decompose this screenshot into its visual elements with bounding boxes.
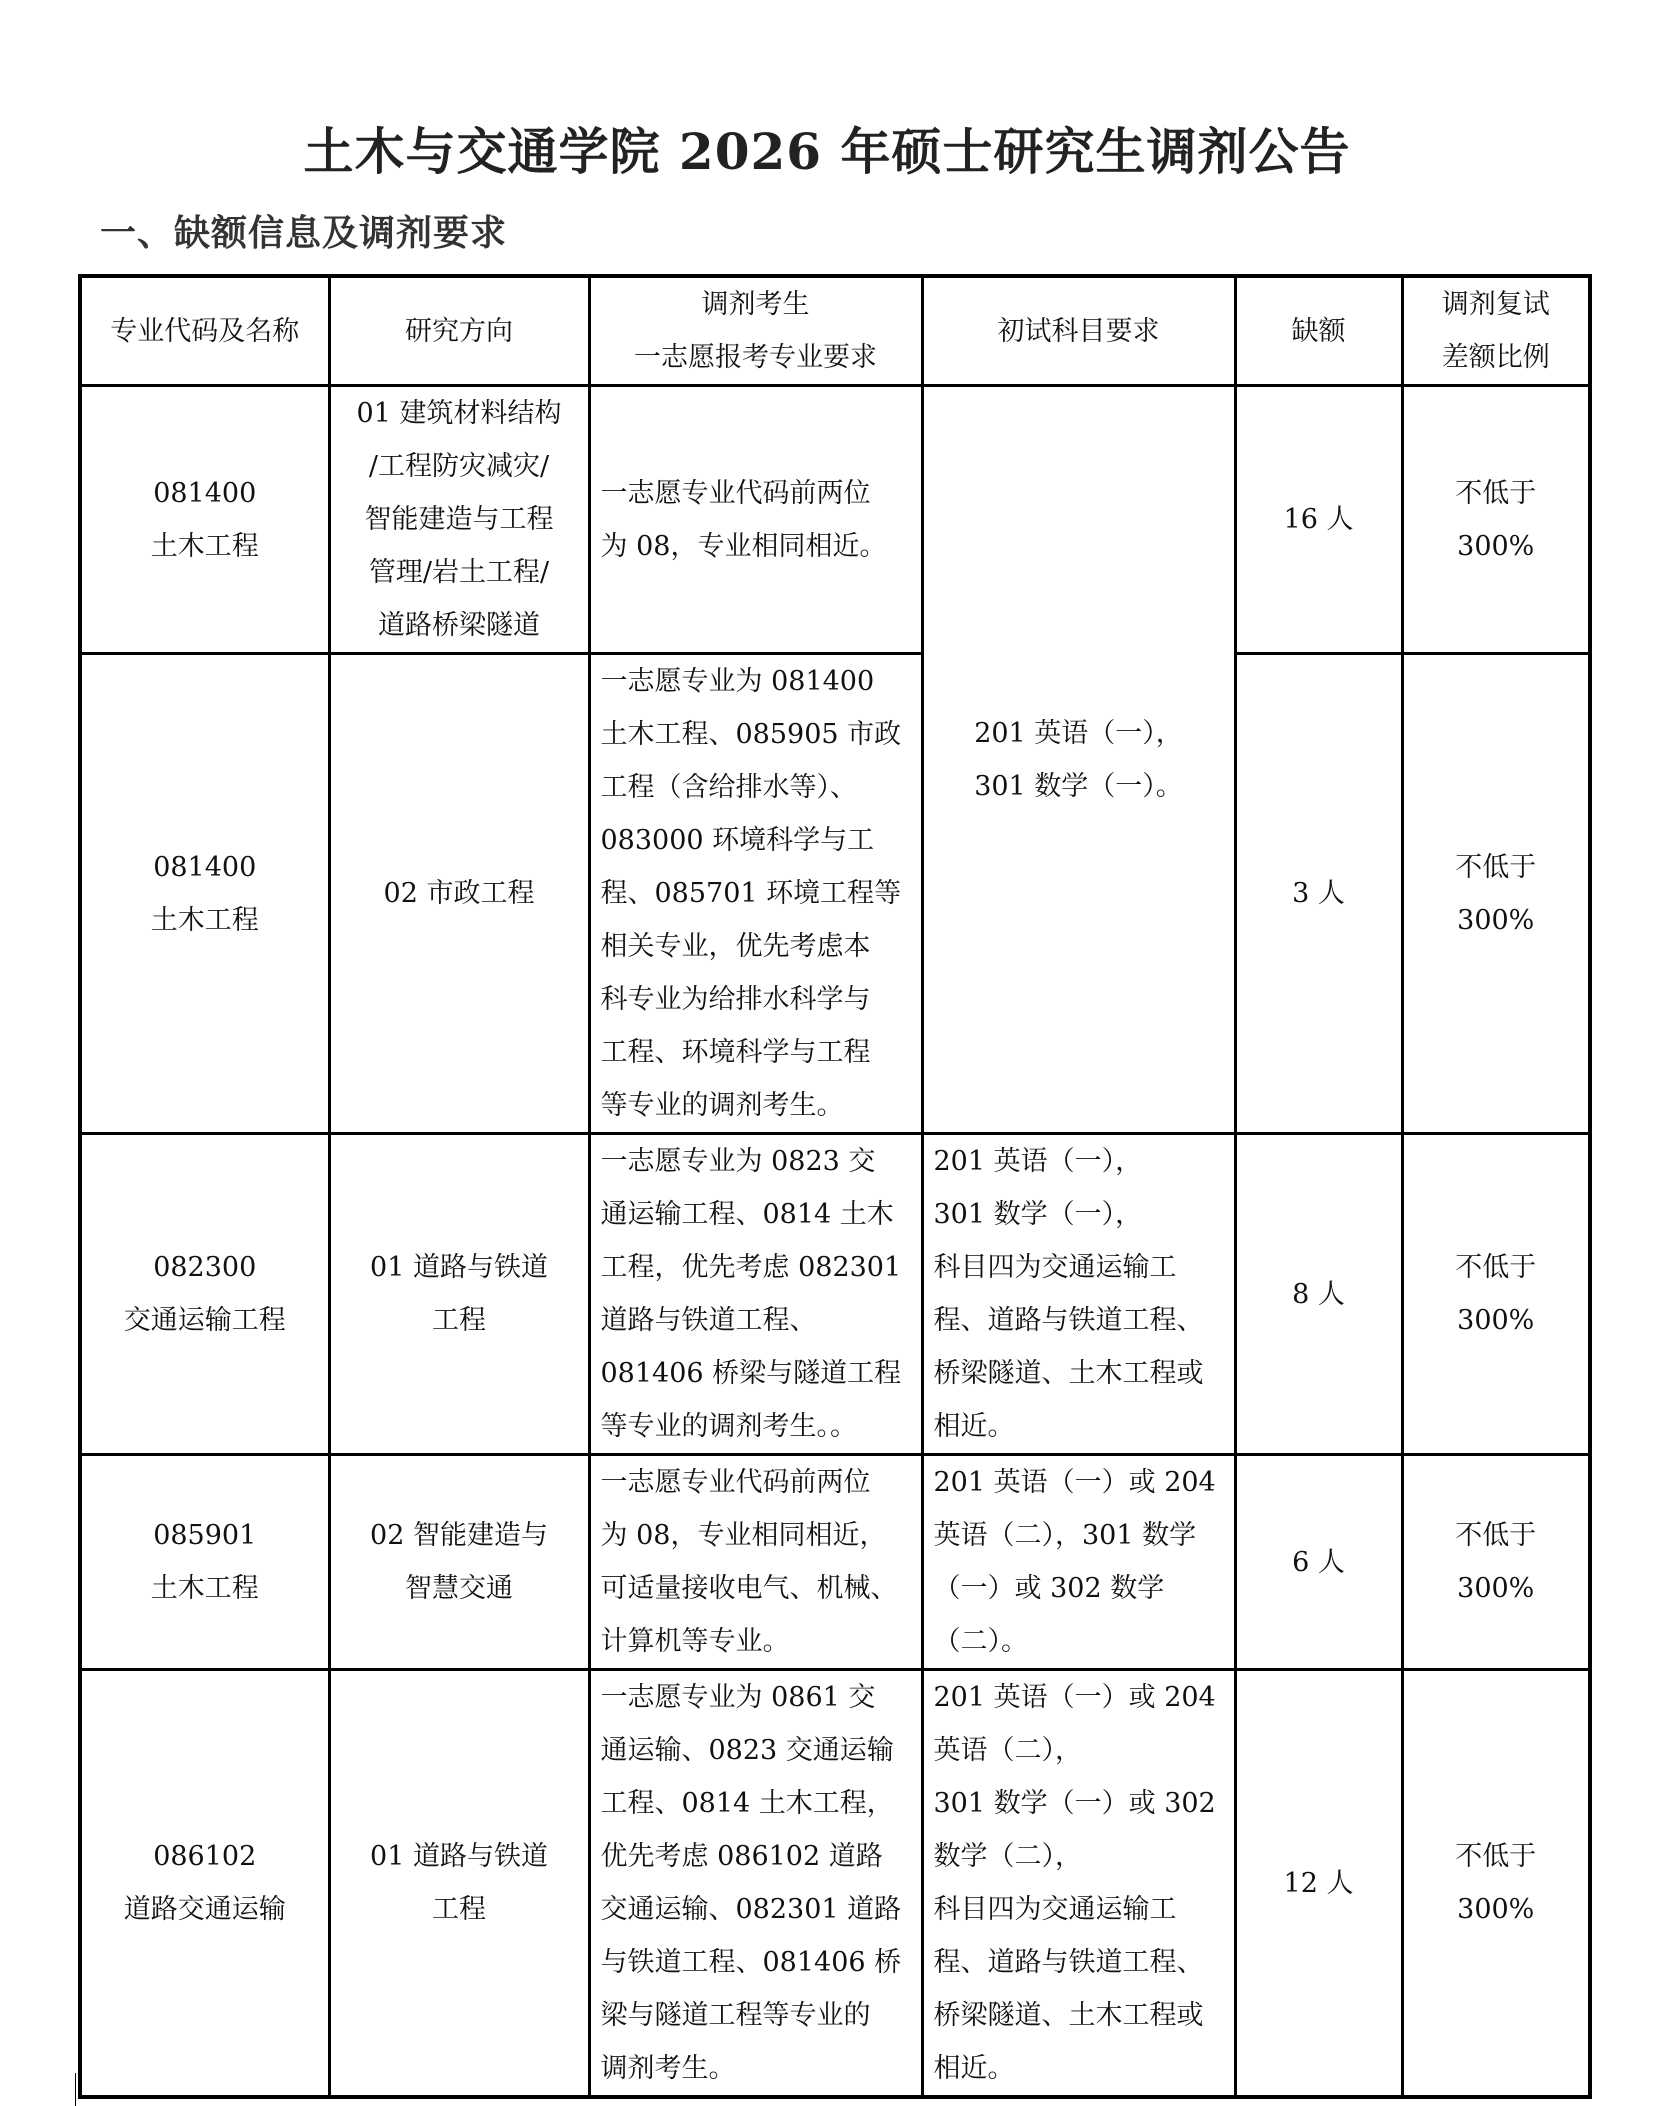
quota-cell: 12 人 (1235, 1670, 1402, 2098)
page-margin-mark (75, 2073, 76, 2106)
direction-cell: 01 建筑材料结构 /工程防灾减灾/ 智能建造与工程 管理/岩土工程/ 道路桥梁… (329, 386, 589, 654)
quota-cell: 16 人 (1235, 386, 1402, 654)
table-row: 082300 交通运输工程 01 道路与铁道 工程 一志愿专业为 0823 交 … (80, 1134, 1590, 1455)
ratio-cell: 不低于 300% (1402, 1670, 1590, 2098)
table-row: 081400 土木工程 02 市政工程 一志愿专业为 081400 土木工程、0… (80, 654, 1590, 1134)
exam-cell: 201 英语（一）， 301 数学（一）， 科目四为交通运输工 程、道路与铁道工… (922, 1134, 1235, 1455)
exam-cell: 201 英语（一）或 204 英语（二），301 数学 （一）或 302 数学 … (922, 1455, 1235, 1670)
first-choice-cell: 一志愿专业代码前两位 为 08，专业相同相近。 (589, 386, 922, 654)
major-cell: 081400 土木工程 (80, 654, 329, 1134)
direction-cell: 01 道路与铁道 工程 (329, 1134, 589, 1455)
header-direction: 研究方向 (329, 276, 589, 386)
major-cell: 082300 交通运输工程 (80, 1134, 329, 1455)
major-cell: 081400 土木工程 (80, 386, 329, 654)
quota-cell: 6 人 (1235, 1455, 1402, 1670)
table-row: 081400 土木工程 01 建筑材料结构 /工程防灾减灾/ 智能建造与工程 管… (80, 386, 1590, 654)
table-row: 086102 道路交通运输 01 道路与铁道 工程 一志愿专业为 0861 交 … (80, 1670, 1590, 2098)
major-cell: 085901 土木工程 (80, 1455, 329, 1670)
header-first-choice: 调剂考生 一志愿报考专业要求 (589, 276, 922, 386)
ratio-cell: 不低于 300% (1402, 386, 1590, 654)
first-choice-cell: 一志愿专业为 081400 土木工程、085905 市政 工程（含给排水等）、 … (589, 654, 922, 1134)
ratio-cell: 不低于 300% (1402, 654, 1590, 1134)
first-choice-cell: 一志愿专业为 0861 交 通运输、0823 交通运输 工程、0814 土木工程… (589, 1670, 922, 2098)
ratio-cell: 不低于 300% (1402, 1455, 1590, 1670)
document-title: 土木与交通学院 2026 年硕士研究生调剂公告 (0, 112, 1654, 184)
exam-cell-shared: 201 英语（一）， 301 数学（一）。 (922, 386, 1235, 1134)
header-exam: 初试科目要求 (922, 276, 1235, 386)
section-heading: 一、缺额信息及调剂要求 (100, 205, 507, 256)
quota-cell: 3 人 (1235, 654, 1402, 1134)
header-ratio: 调剂复试 差额比例 (1402, 276, 1590, 386)
direction-cell: 02 智能建造与 智慧交通 (329, 1455, 589, 1670)
first-choice-cell: 一志愿专业代码前两位 为 08，专业相同相近， 可适量接收电气、机械、 计算机等… (589, 1455, 922, 1670)
first-choice-cell: 一志愿专业为 0823 交 通运输工程、0814 土木 工程，优先考虑 0823… (589, 1134, 922, 1455)
quota-table: 专业代码及名称 研究方向 调剂考生 一志愿报考专业要求 初试科目要求 缺额 调剂… (78, 274, 1592, 2099)
quota-cell: 8 人 (1235, 1134, 1402, 1455)
direction-cell: 02 市政工程 (329, 654, 589, 1134)
ratio-cell: 不低于 300% (1402, 1134, 1590, 1455)
table-header-row: 专业代码及名称 研究方向 调剂考生 一志愿报考专业要求 初试科目要求 缺额 调剂… (80, 276, 1590, 386)
direction-cell: 01 道路与铁道 工程 (329, 1670, 589, 2098)
exam-cell: 201 英语（一）或 204 英语（二）， 301 数学（一）或 302 数学（… (922, 1670, 1235, 2098)
header-quota: 缺额 (1235, 276, 1402, 386)
table-row: 085901 土木工程 02 智能建造与 智慧交通 一志愿专业代码前两位 为 0… (80, 1455, 1590, 1670)
header-major: 专业代码及名称 (80, 276, 329, 386)
major-cell: 086102 道路交通运输 (80, 1670, 329, 2098)
